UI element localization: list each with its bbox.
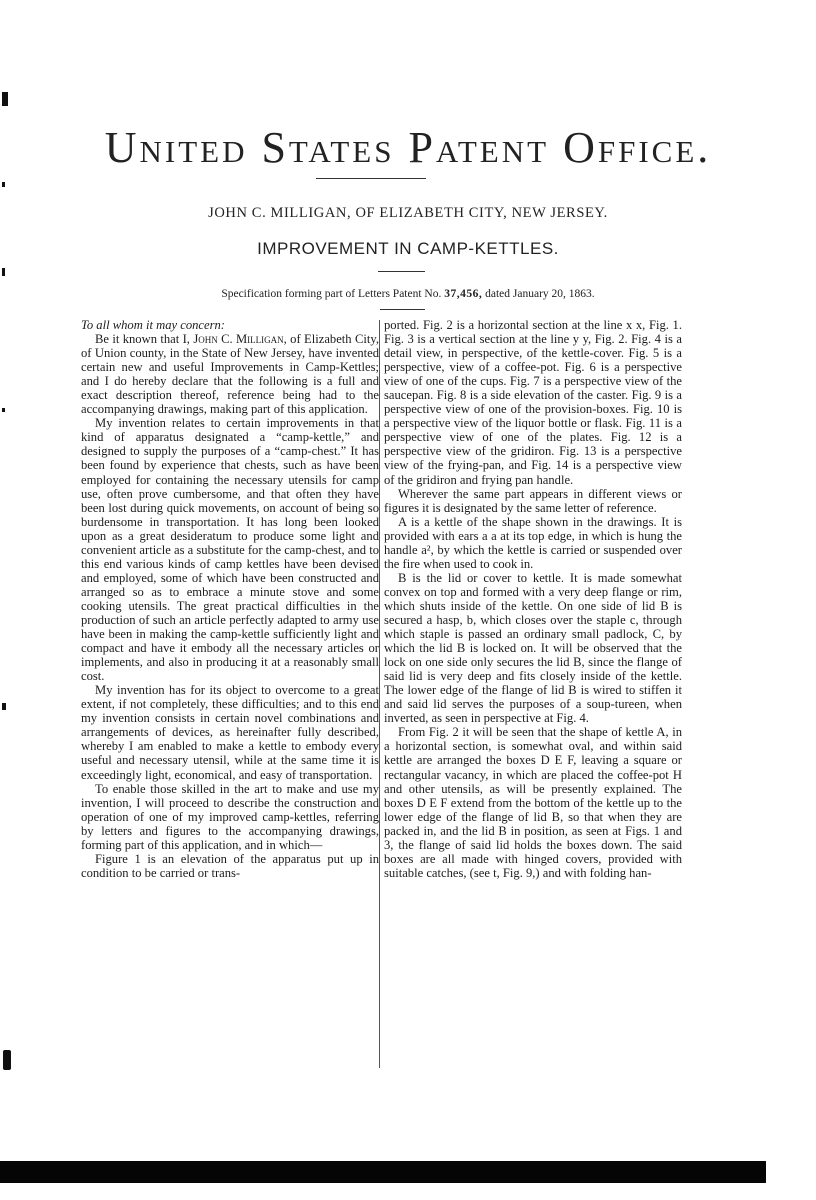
scan-mark [3, 1050, 11, 1070]
scan-mark [2, 268, 5, 276]
spec-prefix: Specification forming part of Letters Pa… [221, 288, 441, 300]
patent-number: 37,456, [444, 288, 482, 300]
scan-bottom-bar [0, 1161, 766, 1183]
inventor-line: JOHN C. MILLIGAN, OF ELIZABETH CITY, NEW… [0, 205, 816, 222]
spec-rule [380, 309, 425, 310]
spec-suffix: dated January 20, 1863. [485, 288, 595, 300]
paragraph-intro: Be it known that I, John C. Milligan, of… [81, 332, 379, 416]
scan-mark [2, 182, 5, 187]
salutation: To all whom it may concern: [81, 318, 379, 332]
paragraph-object: My invention has for its object to overc… [81, 683, 379, 781]
scan-mark [2, 703, 6, 710]
paragraph-boxes: From Fig. 2 it will be seen that the sha… [384, 725, 682, 880]
title-rule [316, 178, 426, 179]
left-column: To all whom it may concern: Be it known … [81, 318, 379, 880]
right-column: ported. Fig. 2 is a horizontal section a… [384, 318, 682, 880]
column-divider [379, 320, 380, 1068]
invention-title: IMPROVEMENT IN CAMP-KETTLES. [0, 239, 816, 259]
paragraph-figure-1: Figure 1 is an elevation of the apparatu… [81, 852, 379, 880]
subtitle-rule [378, 271, 425, 272]
paragraph-enablement: To enable those skilled in the art to ma… [81, 782, 379, 852]
intro-start: Be it known that I, [95, 332, 193, 346]
scan-mark [2, 408, 5, 412]
office-title: United States Patent Office. [0, 122, 816, 173]
paragraph-lid-b: B is the lid or cover to kettle. It is m… [384, 571, 682, 726]
scan-mark [2, 92, 8, 106]
paragraph-reference-letters: Wherever the same part appears in differ… [384, 487, 682, 515]
paragraph-figures: ported. Fig. 2 is a horizontal section a… [384, 318, 682, 487]
paragraph-background: My invention relates to certain improvem… [81, 416, 379, 683]
paragraph-kettle-a: A is a kettle of the shape shown in the … [384, 515, 682, 571]
specification-line: Specification forming part of Letters Pa… [0, 288, 816, 300]
inventor-name: John C. Milligan [193, 332, 283, 346]
